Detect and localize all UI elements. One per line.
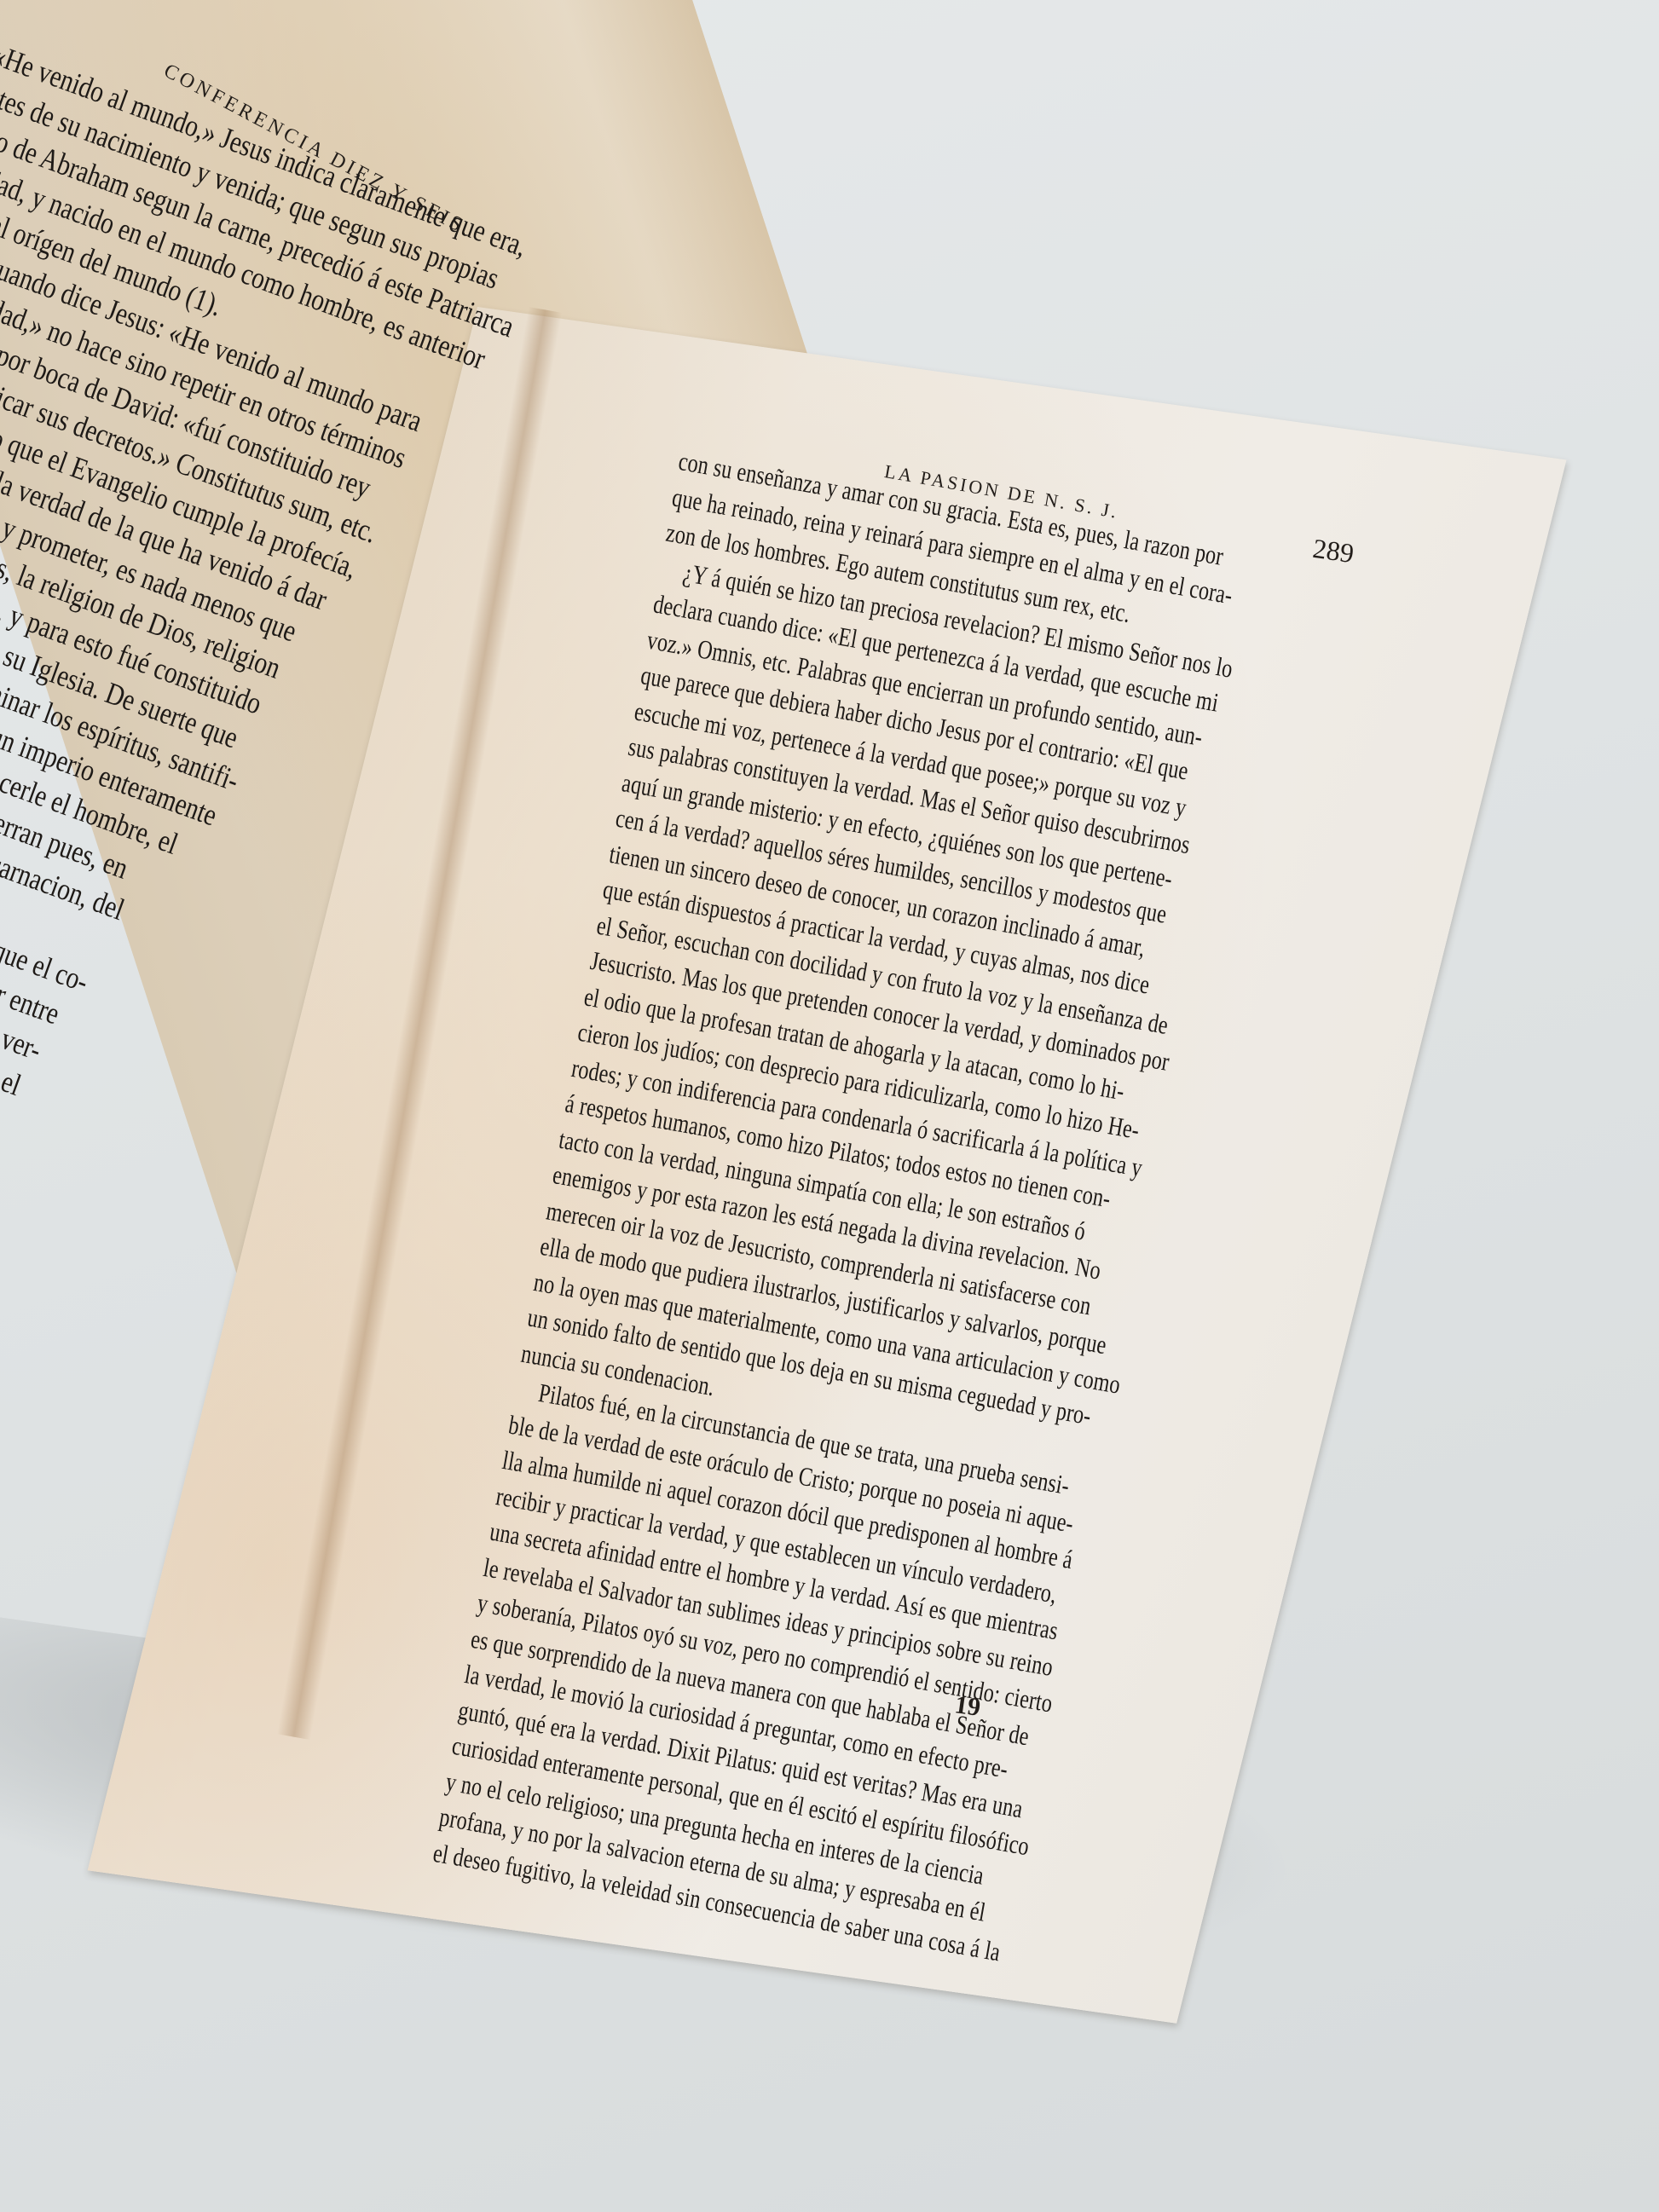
photo-scene: CONFERENCIA DIEZ Y SEIS. r : «He venido …: [0, 0, 1659, 2212]
page-number: 289: [1311, 533, 1356, 569]
paragraph-3: Pilatos fué, en la circunstancia de que …: [431, 1371, 1105, 1973]
signature-mark: 19: [953, 1690, 982, 1723]
